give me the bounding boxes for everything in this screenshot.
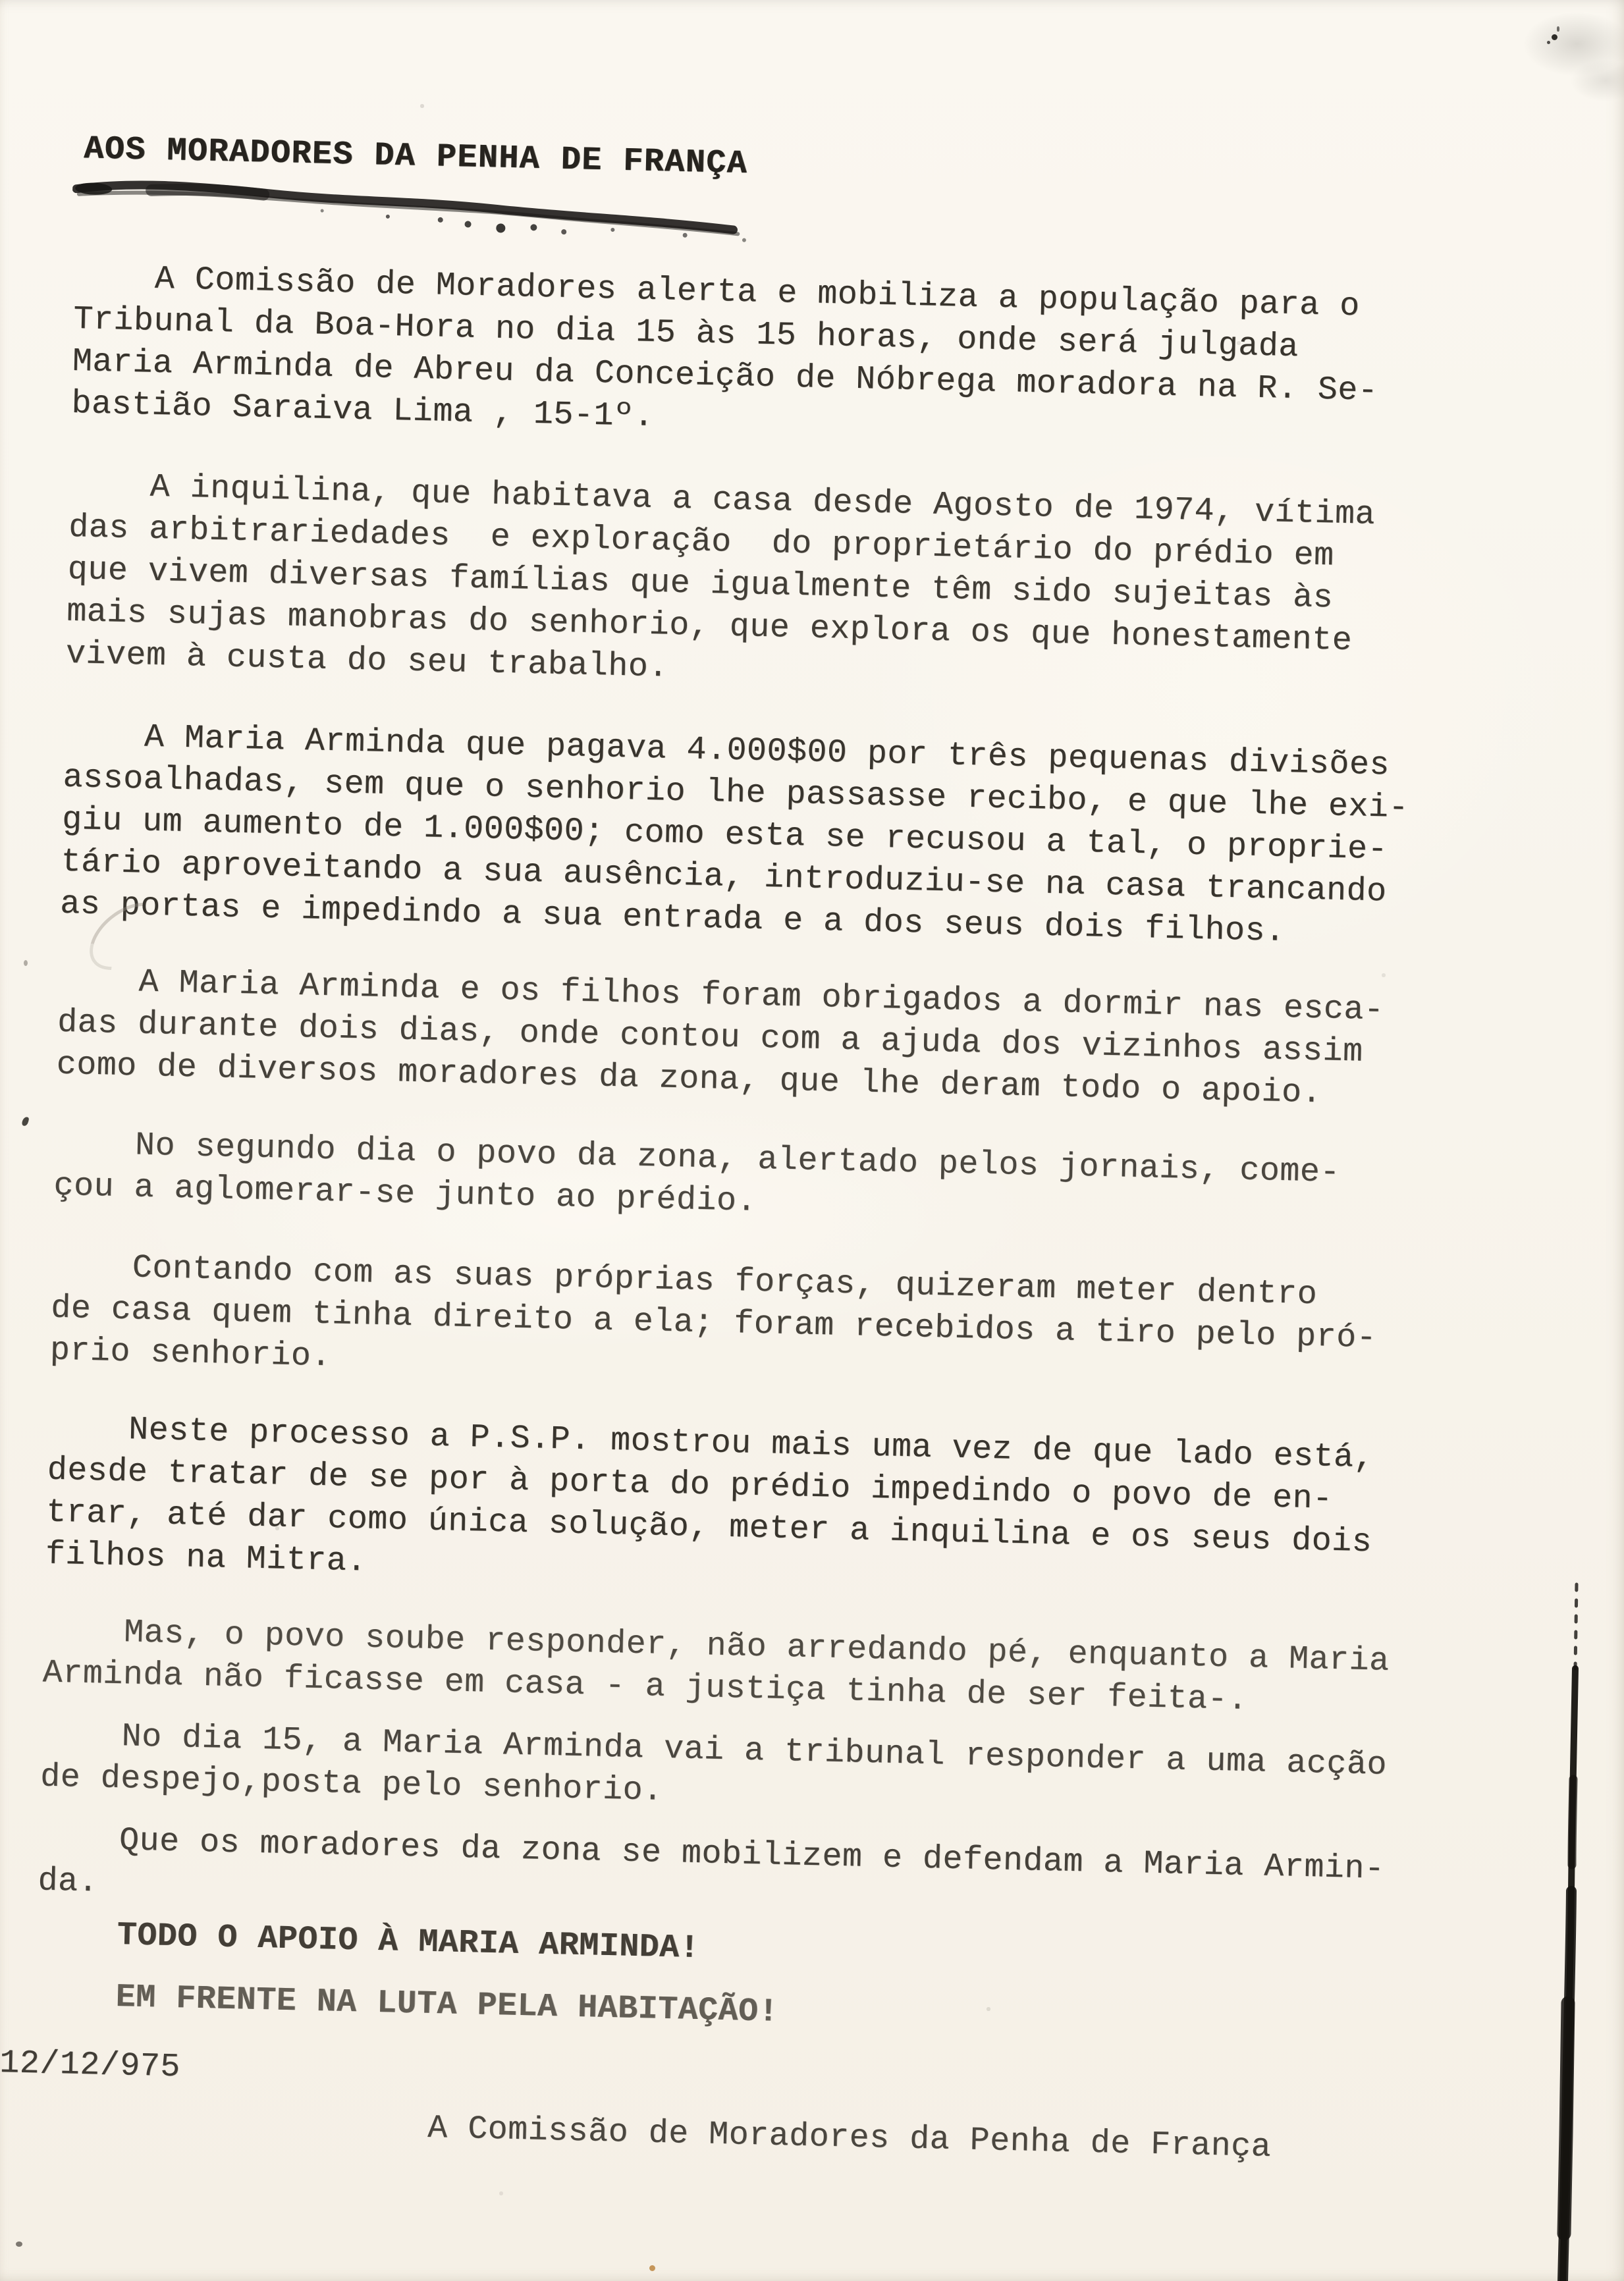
body-paragraph: A Maria Arminda que pagava 4.000$00 por …	[60, 715, 1461, 957]
bottom-orange-speck	[649, 2265, 655, 2271]
body-paragraph: Neste processo a P.S.P. mostrou mais uma…	[45, 1408, 1444, 1608]
slogan-habitacao: EM FRENTE NA LUTA PELA HABITAÇÃO!	[35, 1975, 1432, 2049]
body-paragraph: No dia 15, a Maria Arminda vai a tribuna…	[40, 1714, 1437, 1830]
document-date: 12/12/975	[0, 2043, 1430, 2117]
body-paragraph: A Comissão de Moradores alerta e mobiliz…	[71, 257, 1471, 457]
paper-noise-specks	[0, 0, 1, 1]
typewritten-content: AOS MORADORES DA PENHA DE FRANÇA	[32, 128, 1474, 2172]
body-paragraph: Que os moradores da zona se mobilizem e …	[38, 1818, 1435, 1934]
ink-dot	[1552, 34, 1557, 40]
ink-dot	[1547, 41, 1550, 44]
signature-committee: A Comissão de Moradores da Penha de Fran…	[427, 2108, 1428, 2172]
left-margin-ink-speck	[21, 1116, 29, 1127]
top-right-smudge	[1500, 7, 1624, 105]
scanned-document-page: AOS MORADORES DA PENHA DE FRANÇA	[0, 0, 1624, 2281]
left-margin-faint-speck	[24, 960, 28, 966]
body-paragraph: A Maria Arminda e os filhos foram obriga…	[56, 960, 1455, 1118]
ink-dot	[1557, 26, 1559, 32]
body-paragraph: Mas, o povo soube responder, não arredan…	[42, 1610, 1440, 1726]
bottom-left-speck	[16, 2241, 22, 2247]
body-paragraph: No segundo dia o povo da zona, alertado …	[53, 1123, 1451, 1239]
body-paragraph: Contando com as suas próprias forças, qu…	[49, 1246, 1448, 1404]
body-paragraph: A inquilina, que habitava a casa desde A…	[65, 465, 1466, 707]
right-edge-ink-streak	[1553, 1582, 1595, 2281]
